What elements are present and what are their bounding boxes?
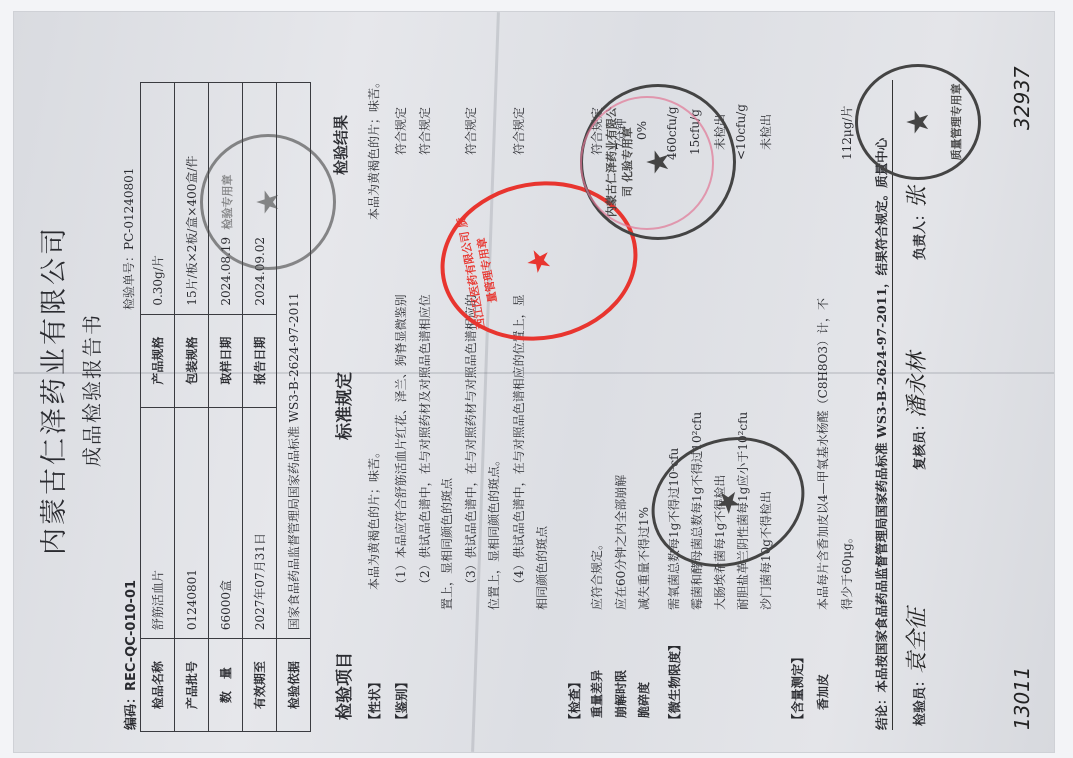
reviewer-signature: 复核员：潘永林 (900, 352, 931, 470)
inspector-signature: 检验员：袁全征 (900, 608, 931, 726)
section-character: 【性状】 (365, 676, 383, 726)
conclusion: 结论：本品按国家食品药品监督管理局国家药品标准 WS3-B-2624-97-20… (872, 80, 893, 730)
report-number: 检验单号：PC-01240801 (120, 168, 137, 310)
report-title: 成品检验报告书 (76, 40, 105, 740)
microbial-stamp: ★ (633, 416, 823, 588)
top-inspection-stamp: ★ 检验专用章 (200, 134, 336, 270)
star-icon: ★ (251, 189, 286, 216)
handwritten-number-left: 32937 (1010, 66, 1034, 130)
column-header-standard: 标准规定 (330, 372, 355, 440)
section-microbial-limit: 【微生物限度】 (665, 638, 683, 726)
bottom-quality-stamp: ★ 质量管理专用章 (855, 64, 981, 180)
table-row: 检品名称 舒筋活血片 产品规格 0.30g/片 (141, 83, 175, 732)
company-title: 内蒙古仁泽药业有限公司 (32, 40, 71, 740)
manager-signature: 负责人：张 (900, 186, 931, 260)
handwritten-number-right: 13011 (1010, 666, 1034, 730)
star-icon: ★ (901, 109, 936, 136)
star-icon: ★ (707, 483, 749, 520)
column-header-item: 检验项目 (330, 652, 355, 720)
faded-pink-stamp (580, 96, 714, 230)
section-assay: 【含量测定】 (788, 651, 806, 726)
section-identification: 【鉴别】 (392, 676, 410, 726)
section-inspection: 【检查】 (565, 676, 583, 726)
column-header-result: 检验结果 (330, 115, 351, 175)
inspection-report-page: 内蒙古仁泽药业有限公司 成品检验报告书 编码：REC-QC-010-01 检验单… (20, 40, 1040, 740)
document-code: 编码：REC-QC-010-01 (120, 580, 139, 730)
star-icon: ★ (519, 245, 558, 278)
